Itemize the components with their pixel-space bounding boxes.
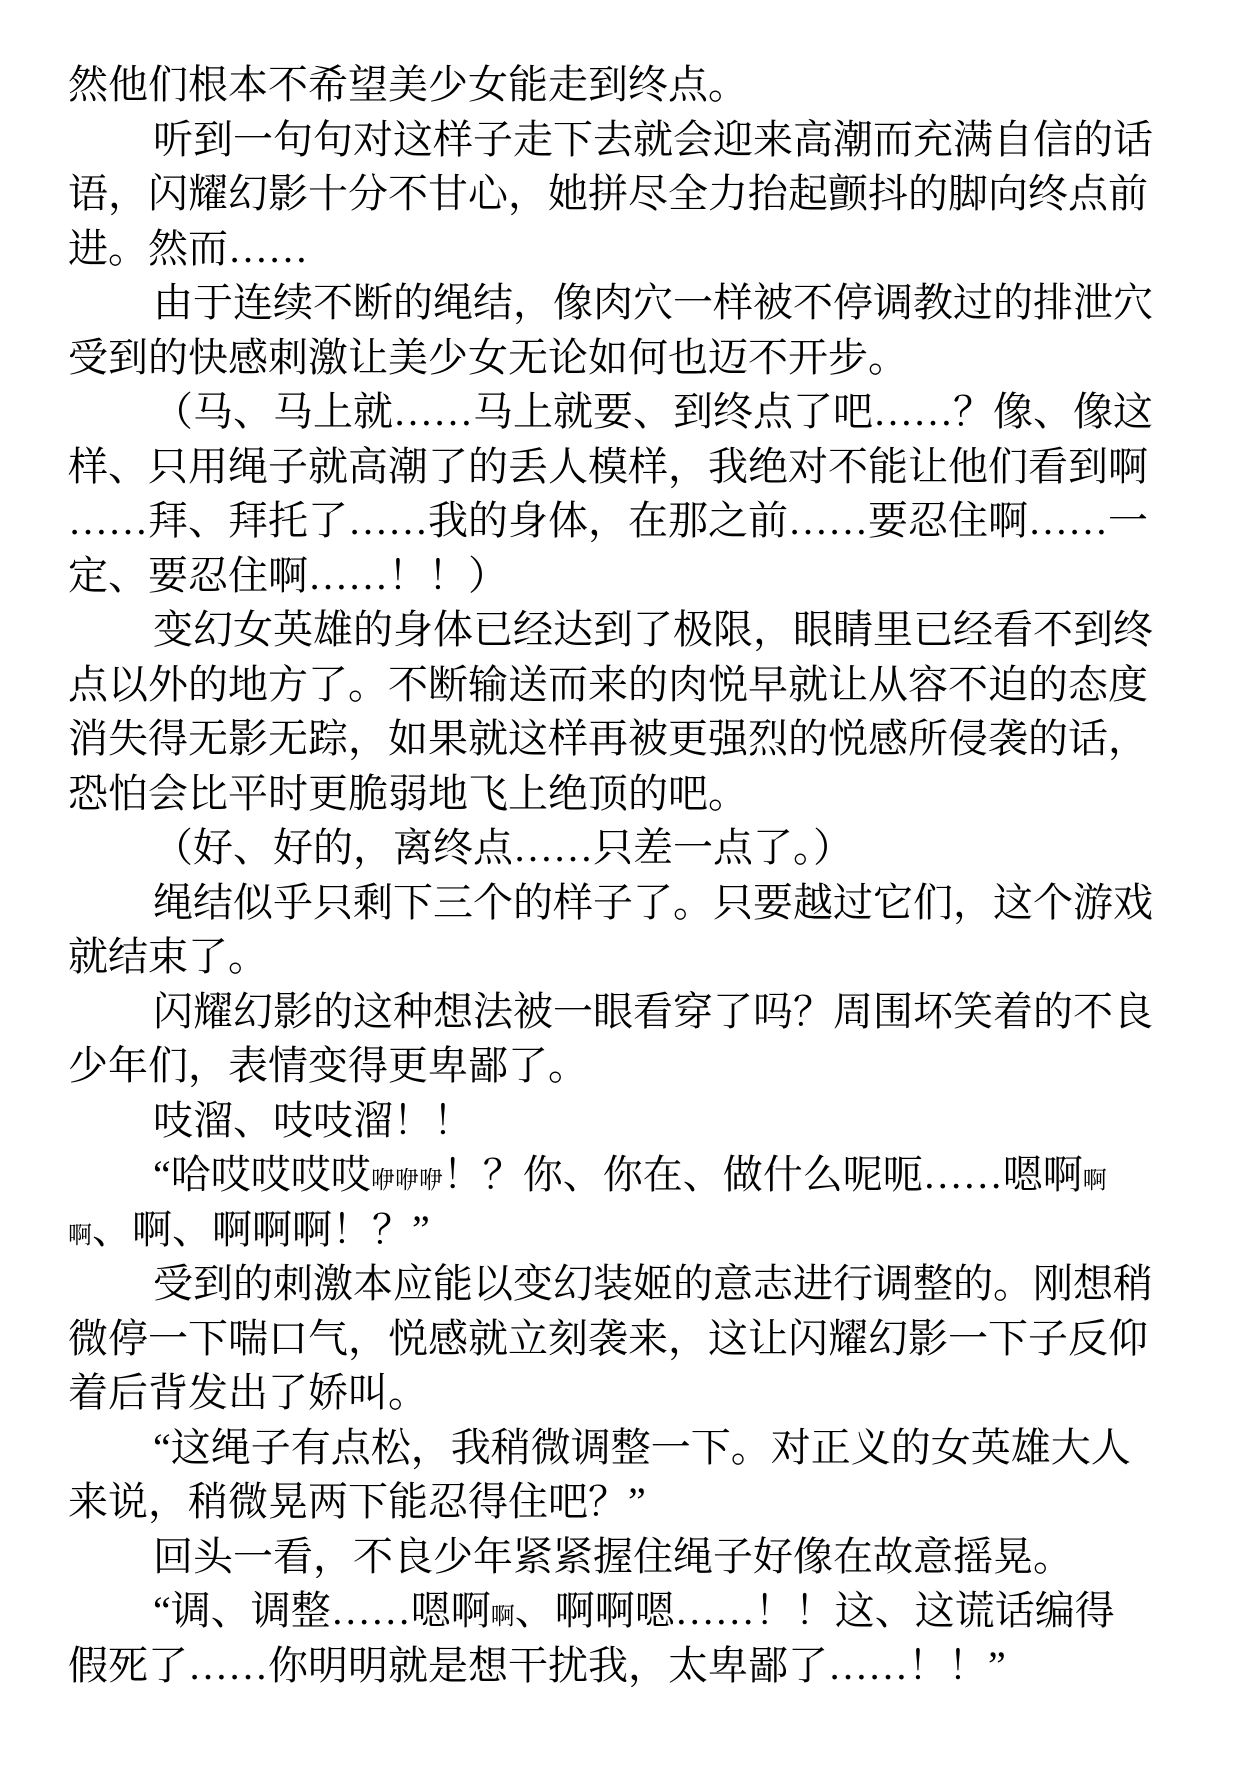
text-segment: 吱溜、吱吱溜！！: [153, 1098, 473, 1143]
text-segment-small: 咿咿咿: [371, 1168, 443, 1194]
text-line: 啊、啊、啊啊啊！？”: [68, 1203, 1158, 1258]
text-segment: 然他们根本不希望美少女能走到终点。: [68, 62, 748, 107]
text-segment: 听到一句句对这样子走下去就会迎来高潮而充满自信的话: [153, 117, 1153, 162]
text-line: （马、马上就……马上就要、到终点了吧……？像、像这: [68, 385, 1158, 440]
text-segment: “哈哎哎哎哎: [153, 1152, 371, 1197]
text-line: 语，闪耀幻影十分不甘心，她拼尽全力抬起颤抖的脚向终点前: [68, 167, 1158, 222]
text-segment: 、啊、啊啊啊！？”: [92, 1207, 430, 1252]
text-segment: （马、马上就……马上就要、到终点了吧……？像、像这: [153, 389, 1153, 434]
text-line: “哈哎哎哎哎咿咿咿！？你、你在、做什么呢呃……嗯啊啊: [68, 1148, 1158, 1203]
text-segment: 由于连续不断的绳结，像肉穴一样被不停调教过的排泄穴: [153, 280, 1153, 325]
text-segment: “调、调整……嗯啊: [153, 1588, 491, 1633]
text-line: 消失得无影无踪，如果就这样再被更强烈的悦感所侵袭的话，: [68, 712, 1158, 767]
text-line: 绳结似乎只剩下三个的样子了。只要越过它们，这个游戏: [68, 876, 1158, 931]
text-segment: 样、只用绳子就高潮了的丢人模样，我绝对不能让他们看到啊: [68, 444, 1148, 489]
text-segment: 定、要忍住啊……！！）: [68, 553, 508, 598]
text-line: 着后背发出了娇叫。: [68, 1366, 1158, 1421]
text-line: 来说，稍微晃两下能忍得住吧？”: [68, 1475, 1158, 1530]
text-line: 样、只用绳子就高潮了的丢人模样，我绝对不能让他们看到啊: [68, 440, 1158, 495]
text-segment: 回头一看，不良少年紧紧握住绳子好像在故意摇晃。: [153, 1534, 1073, 1579]
text-segment: 变幻女英雄的身体已经达到了极限，眼睛里已经看不到终: [153, 607, 1153, 652]
text-segment: 就结束了。: [68, 934, 268, 979]
body-text: 然他们根本不希望美少女能走到终点。听到一句句对这样子走下去就会迎来高潮而充满自信…: [68, 58, 1158, 1693]
text-line: 吱溜、吱吱溜！！: [68, 1094, 1158, 1149]
text-line: 微停一下喘口气，悦感就立刻袭来，这让闪耀幻影一下子反仰: [68, 1312, 1158, 1367]
text-line: 受到的快感刺激让美少女无论如何也迈不开步。: [68, 331, 1158, 386]
text-segment: 恐怕会比平时更脆弱地飞上绝顶的吧。: [68, 771, 748, 816]
text-segment: 语，闪耀幻影十分不甘心，她拼尽全力抬起颤抖的脚向终点前: [68, 171, 1148, 216]
text-line: 就结束了。: [68, 930, 1158, 985]
text-segment: 受到的快感刺激让美少女无论如何也迈不开步。: [68, 335, 908, 380]
text-line: 定、要忍住啊……！！）: [68, 549, 1158, 604]
text-line: 变幻女英雄的身体已经达到了极限，眼睛里已经看不到终: [68, 603, 1158, 658]
text-segment: ……拜、拜托了……我的身体，在那之前……要忍住啊……一: [68, 498, 1148, 543]
text-segment-small: 啊: [68, 1223, 92, 1249]
text-segment-small: 啊: [1083, 1168, 1107, 1194]
text-segment: 点以外的地方了。不断输送而来的肉悦早就让从容不迫的态度: [68, 662, 1148, 707]
text-line: 少年们，表情变得更卑鄙了。: [68, 1039, 1158, 1094]
text-segment: 绳结似乎只剩下三个的样子了。只要越过它们，这个游戏: [153, 880, 1153, 925]
text-line: 然他们根本不希望美少女能走到终点。: [68, 58, 1158, 113]
text-segment: 、啊啊嗯……！！这、这谎话编得: [515, 1588, 1115, 1633]
text-line: “调、调整……嗯啊啊、啊啊嗯……！！这、这谎话编得: [68, 1584, 1158, 1639]
text-segment: 进。然而……: [68, 226, 308, 271]
text-line: 假死了……你明明就是想干扰我，太卑鄙了……！！”: [68, 1639, 1158, 1694]
text-line: 闪耀幻影的这种想法被一眼看穿了吗？周围坏笑着的不良: [68, 985, 1158, 1040]
text-segment: 消失得无影无踪，如果就这样再被更强烈的悦感所侵袭的话，: [68, 716, 1148, 761]
text-segment: 微停一下喘口气，悦感就立刻袭来，这让闪耀幻影一下子反仰: [68, 1316, 1148, 1361]
text-line: 受到的刺激本应能以变幻装姬的意志进行调整的。刚想稍: [68, 1257, 1158, 1312]
text-line: 点以外的地方了。不断输送而来的肉悦早就让从容不迫的态度: [68, 658, 1158, 713]
text-segment: 少年们，表情变得更卑鄙了。: [68, 1043, 588, 1088]
document-page: 然他们根本不希望美少女能走到终点。听到一句句对这样子走下去就会迎来高潮而充满自信…: [0, 0, 1258, 1785]
text-segment: 假死了……你明明就是想干扰我，太卑鄙了……！！”: [68, 1643, 1006, 1688]
text-segment: “这绳子有点松，我稍微调整一下。对正义的女英雄大人: [153, 1425, 1131, 1470]
text-line: （好、好的，离终点……只差一点了。）: [68, 821, 1158, 876]
text-line: 由于连续不断的绳结，像肉穴一样被不停调教过的排泄穴: [68, 276, 1158, 331]
text-segment-small: 啊: [491, 1604, 515, 1630]
text-line: “这绳子有点松，我稍微调整一下。对正义的女英雄大人: [68, 1421, 1158, 1476]
text-segment: 来说，稍微晃两下能忍得住吧？”: [68, 1479, 646, 1524]
text-segment: 受到的刺激本应能以变幻装姬的意志进行调整的。刚想稍: [153, 1261, 1153, 1306]
text-line: 进。然而……: [68, 222, 1158, 277]
text-segment: （好、好的，离终点……只差一点了。）: [153, 825, 853, 870]
text-segment: ！？你、你在、做什么呢呃……嗯啊: [443, 1152, 1083, 1197]
text-line: 恐怕会比平时更脆弱地飞上绝顶的吧。: [68, 767, 1158, 822]
text-segment: 闪耀幻影的这种想法被一眼看穿了吗？周围坏笑着的不良: [153, 989, 1153, 1034]
text-line: 听到一句句对这样子走下去就会迎来高潮而充满自信的话: [68, 113, 1158, 168]
text-line: ……拜、拜托了……我的身体，在那之前……要忍住啊……一: [68, 494, 1158, 549]
text-line: 回头一看，不良少年紧紧握住绳子好像在故意摇晃。: [68, 1530, 1158, 1585]
text-segment: 着后背发出了娇叫。: [68, 1370, 428, 1415]
